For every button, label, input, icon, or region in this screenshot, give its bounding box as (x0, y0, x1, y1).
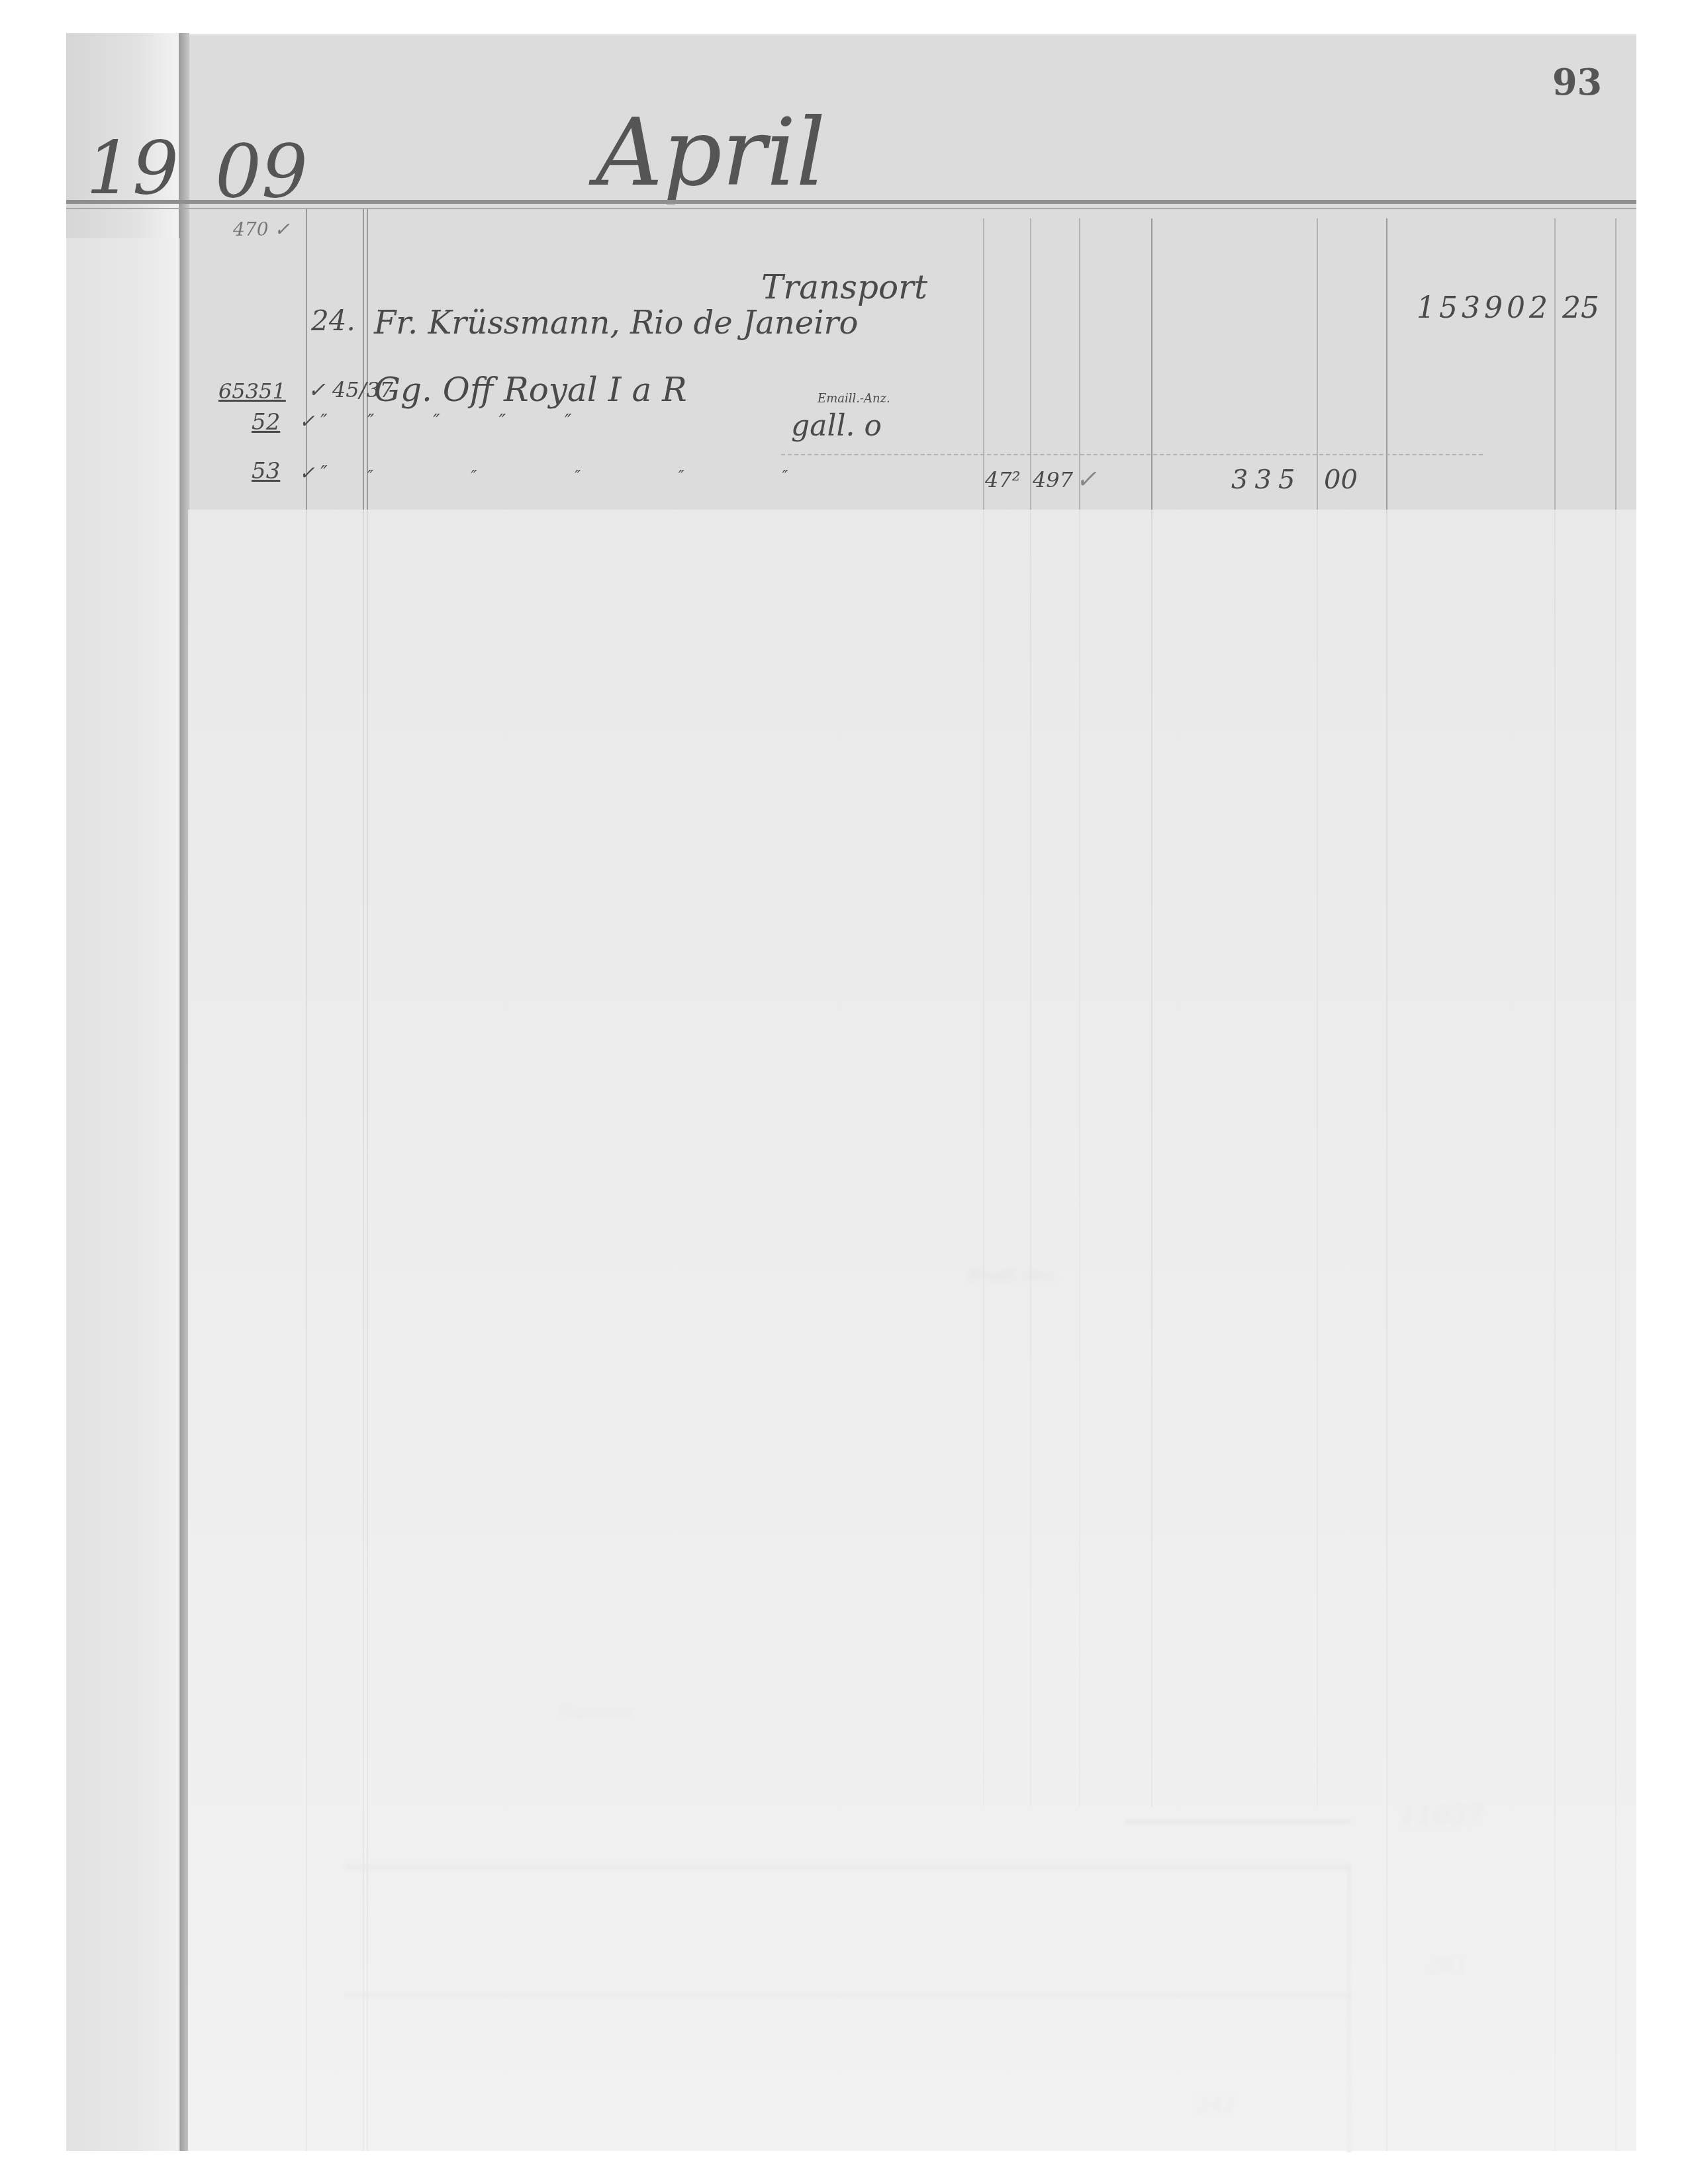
margin-note: 470 ✓ (233, 218, 290, 240)
row-note: gall. o (791, 409, 882, 443)
row-separator (781, 454, 1483, 455)
row-qty-b: 497 (1033, 467, 1073, 492)
entry-date: 24. (311, 304, 355, 337)
carried-total-cents: 25 (1562, 291, 1599, 325)
row-ref: ✓ ″ (299, 462, 328, 484)
row-number: 65351 (218, 379, 286, 404)
year-left-text: 19 (86, 126, 179, 210)
row-ref: ✓ ″ (299, 410, 328, 432)
entry-customer: Fr. Krüssmann, Rio de Janeiro (374, 304, 858, 341)
row-amount-cents: 00 (1324, 465, 1358, 495)
blur-overlay (188, 510, 1636, 2151)
month-text: April (596, 99, 825, 207)
page-number: 93 (1552, 61, 1602, 103)
month-title: April (596, 99, 825, 207)
row-check-icon: ✓ (1076, 465, 1097, 494)
year-left: 19 (86, 126, 179, 210)
row-number: 52 (252, 409, 280, 435)
transport-label: Transport (761, 268, 927, 306)
carried-total: 153902 (1417, 291, 1552, 325)
header-rule-thin (66, 208, 1636, 209)
left-strip-overlay (66, 238, 180, 2151)
row-annotation: Emaill.-Anz. (818, 392, 890, 406)
row-qty-a: 47² (985, 467, 1021, 492)
row-description: ″ ″ ″ ″ ″ (367, 467, 834, 486)
row-amount: 335 (1231, 465, 1301, 495)
row-number: 53 (252, 458, 280, 484)
header-rule (66, 200, 1636, 204)
row-description: Gg. Off Royal I a R (374, 371, 687, 409)
row-description: ″ ″ ″ ″ (367, 410, 598, 432)
